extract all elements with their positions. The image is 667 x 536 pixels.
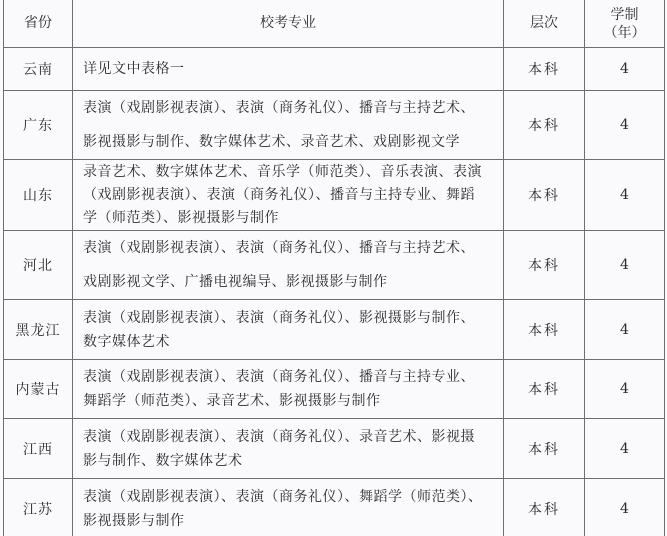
major-cell: 表演（戏剧影视表演）、表演（商务礼仪）、播音与主持专业、 舞蹈学（师范类）、录音…: [73, 360, 504, 419]
major-cell: 表演（戏剧影视表演）、表演（商务礼仪）、影视摄影与制作、 数字媒体艺术: [73, 300, 504, 360]
major-line: 表演（戏剧影视表演）、表演（商务礼仪）、录音艺术、影视摄: [83, 425, 499, 449]
table-row: 黑龙江 表演（戏剧影视表演）、表演（商务礼仪）、影视摄影与制作、 数字媒体艺术 …: [4, 300, 665, 360]
level-cell: 本科: [504, 419, 585, 479]
province-cell: 黑龙江: [4, 300, 73, 360]
major-line: 表演（戏剧影视表演）、表演（商务礼仪）、影视摄影与制作、: [83, 306, 499, 330]
major-line: 舞蹈学（师范类）、录音艺术、影视摄影与制作: [83, 389, 499, 413]
major-cell: 表演（戏剧影视表演）、表演（商务礼仪）、录音艺术、影视摄 影与制作、数字媒体艺术: [73, 419, 504, 479]
major-line: 表演（戏剧影视表演）、表演（商务礼仪）、播音与主持艺术、: [83, 231, 499, 265]
header-level: 层次: [504, 0, 585, 48]
years-cell: 4: [585, 48, 665, 91]
major-line: 影与制作、数字媒体艺术: [83, 449, 499, 473]
table-row: 江苏 表演（戏剧影视表演）、表演（商务礼仪）、舞蹈学（师范类）、 影视摄影与制作…: [4, 479, 665, 536]
years-cell: 4: [585, 160, 665, 231]
major-line: 数字媒体艺术: [83, 330, 499, 354]
header-major: 校考专业: [73, 0, 504, 48]
province-cell: 河北: [4, 231, 73, 300]
major-cell: 表演（戏剧影视表演）、表演（商务礼仪）、播音与主持艺术、 影视摄影与制作、数字媒…: [73, 91, 504, 160]
major-cell: 表演（戏剧影视表演）、表演（商务礼仪）、舞蹈学（师范类）、 影视摄影与制作: [73, 479, 504, 536]
years-cell: 4: [585, 300, 665, 360]
majors-table: 省份 校考专业 层次 学制 （年） 云南 详见文中表格一 本科 4 广东 表演（…: [3, 0, 665, 536]
level-cell: 本科: [504, 479, 585, 536]
major-cell: 录音艺术、数字媒体艺术、音乐学（师范类）、音乐表演、表演 （戏剧影视表演）、表演…: [73, 160, 504, 231]
province-cell: 广东: [4, 91, 73, 160]
table-row: 广东 表演（戏剧影视表演）、表演（商务礼仪）、播音与主持艺术、 影视摄影与制作、…: [4, 91, 665, 160]
major-line: （戏剧影视表演）、表演（商务礼仪）、播音与主持专业、舞蹈: [83, 184, 499, 207]
years-cell: 4: [585, 360, 665, 419]
years-cell: 4: [585, 91, 665, 160]
level-cell: 本科: [504, 48, 585, 91]
years-cell: 4: [585, 419, 665, 479]
major-line: 影视摄影与制作: [83, 509, 499, 533]
major-cell: 详见文中表格一: [73, 48, 504, 91]
major-line: 详见文中表格一: [83, 57, 499, 81]
header-years-label: 学制: [585, 6, 664, 24]
major-line: 学（师范类）、影视摄影与制作: [83, 207, 499, 230]
table-row: 江西 表演（戏剧影视表演）、表演（商务礼仪）、录音艺术、影视摄 影与制作、数字媒…: [4, 419, 665, 479]
table-row: 云南 详见文中表格一 本科 4: [4, 48, 665, 91]
province-cell: 山东: [4, 160, 73, 231]
header-years: 学制 （年）: [585, 0, 665, 48]
header-province: 省份: [4, 0, 73, 48]
years-cell: 4: [585, 231, 665, 300]
major-line: 表演（戏剧影视表演）、表演（商务礼仪）、播音与主持专业、: [83, 365, 499, 389]
level-cell: 本科: [504, 160, 585, 231]
table-row: 内蒙古 表演（戏剧影视表演）、表演（商务礼仪）、播音与主持专业、 舞蹈学（师范类…: [4, 360, 665, 419]
table-header-row: 省份 校考专业 层次 学制 （年）: [4, 0, 665, 48]
province-cell: 江西: [4, 419, 73, 479]
major-line: 戏剧影视文学、广播电视编导、影视摄影与制作: [83, 265, 499, 299]
province-cell: 内蒙古: [4, 360, 73, 419]
major-line: 表演（戏剧影视表演）、表演（商务礼仪）、舞蹈学（师范类）、: [83, 485, 499, 509]
major-line: 影视摄影与制作、数字媒体艺术、录音艺术、戏剧影视文学: [83, 125, 499, 159]
level-cell: 本科: [504, 300, 585, 360]
major-cell: 表演（戏剧影视表演）、表演（商务礼仪）、播音与主持艺术、 戏剧影视文学、广播电视…: [73, 231, 504, 300]
level-cell: 本科: [504, 231, 585, 300]
level-cell: 本科: [504, 91, 585, 160]
level-cell: 本科: [504, 360, 585, 419]
header-years-unit: （年）: [585, 24, 664, 42]
province-cell: 云南: [4, 48, 73, 91]
table-row: 河北 表演（戏剧影视表演）、表演（商务礼仪）、播音与主持艺术、 戏剧影视文学、广…: [4, 231, 665, 300]
years-cell: 4: [585, 479, 665, 536]
major-line: 表演（戏剧影视表演）、表演（商务礼仪）、播音与主持艺术、: [83, 91, 499, 125]
province-cell: 江苏: [4, 479, 73, 536]
major-line: 录音艺术、数字媒体艺术、音乐学（师范类）、音乐表演、表演: [83, 161, 499, 184]
table-row: 山东 录音艺术、数字媒体艺术、音乐学（师范类）、音乐表演、表演 （戏剧影视表演）…: [4, 160, 665, 231]
